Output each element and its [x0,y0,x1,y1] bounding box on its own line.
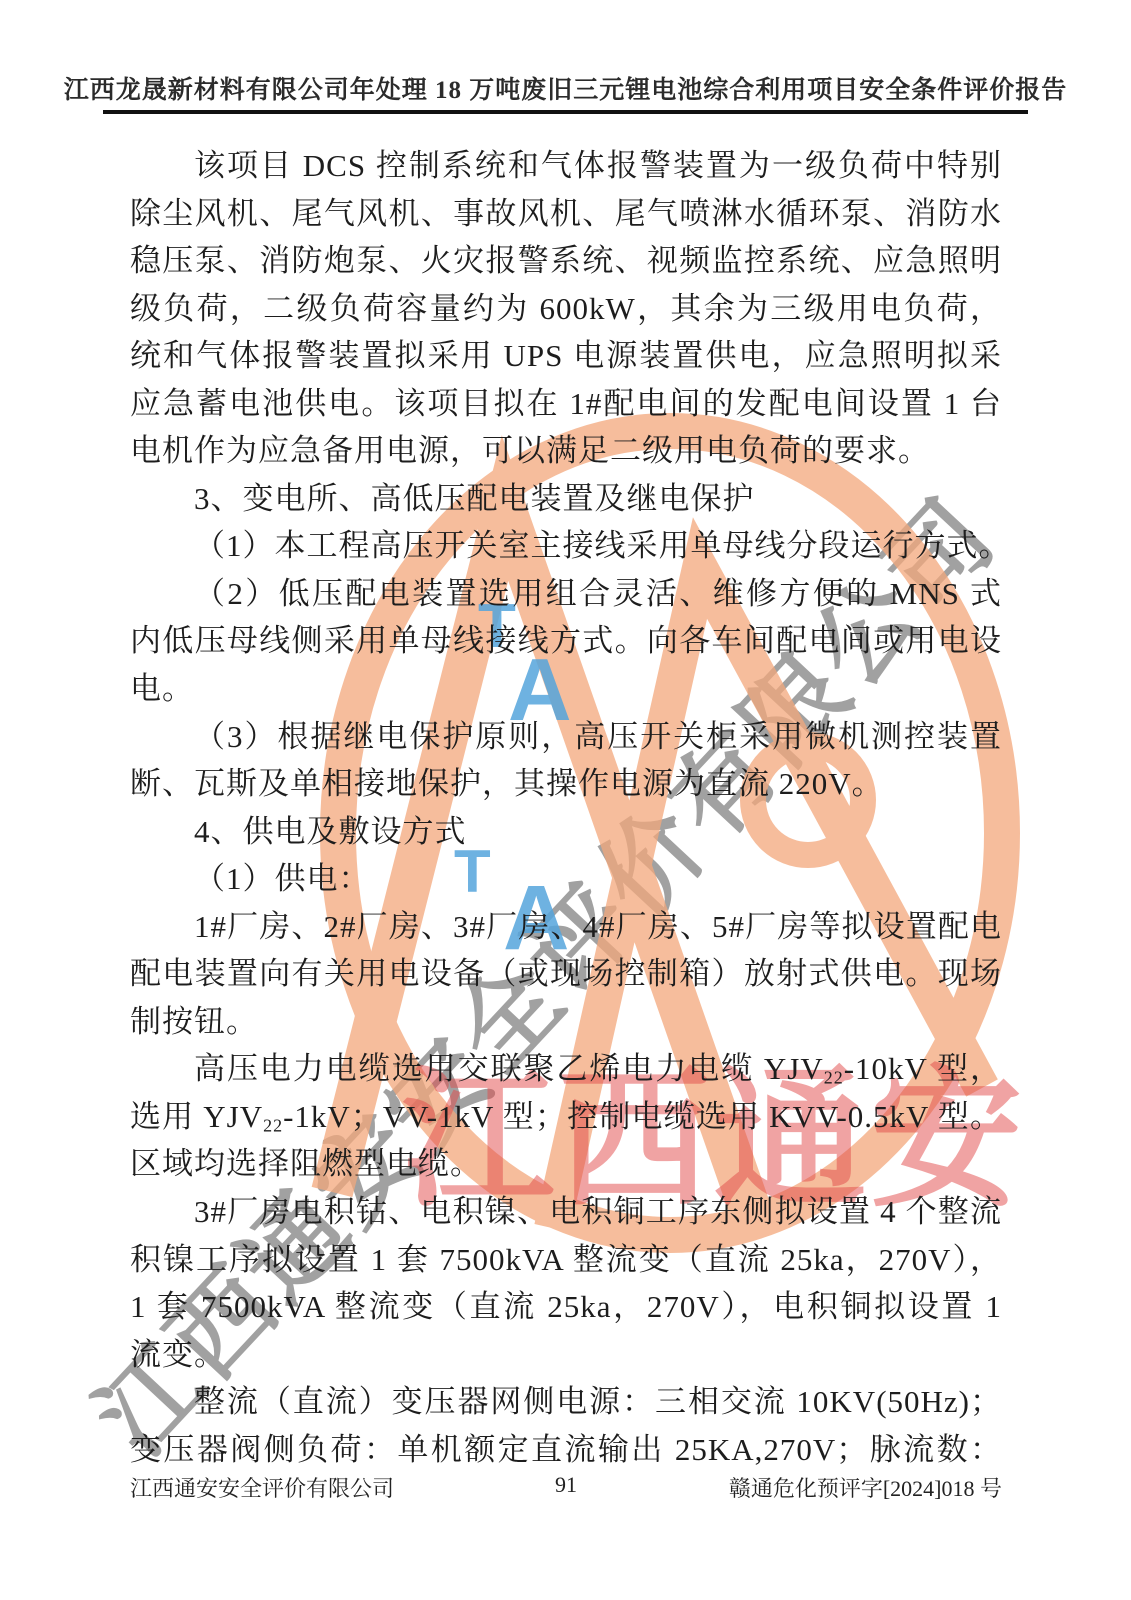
line-text: 电。 [130,671,194,706]
body-line: 3#厂房电积钴、电积镍、电积铜工序东侧拟设置 4 个整流室，其中电 [130,1188,1002,1236]
body-line: 级负荷，二级负荷容量约为 600kW，其余为三级用电负荷，其中仪表控制系 [130,285,1002,333]
footer-page-number: 91 [130,1472,1002,1498]
line-text: 选用 YJV [130,1099,263,1134]
line-text: 电机作为应急备用电源，可以满足二级用电负荷的要求。 [130,433,930,468]
line-text: 3#厂房电积钴、电积镍、电积铜工序东侧拟设置 4 个整流室，其中电 [130,1194,1002,1236]
line-text: 该项目 DCS 控制系统和气体报警装置为一级负荷中特别重要的负荷， [130,148,1002,190]
page-footer: 江西通安安全评价有限公司 91 赣通危化预评字[2024]018 号 [130,1472,1002,1503]
body-text: 该项目 DCS 控制系统和气体报警装置为一级负荷中特别重要的负荷，除尘风机、尾气… [130,142,1002,1473]
header-rule [103,110,1028,114]
body-line: （1）本工程高压开关室主接线采用单母线分段运行方式。 [130,522,1002,570]
line-text: 4、供电及敷设方式 [194,814,467,849]
body-line: 应急蓄电池供电。该项目拟在 1#配电间的发配电间设置 1 台 1000kW 柴油… [130,380,1002,428]
body-line: 电机作为应急备用电源，可以满足二级用电负荷的要求。 [130,427,1002,475]
line-text: 级负荷，二级负荷容量约为 600kW，其余为三级用电负荷，其中仪表控制系 [130,291,1002,333]
line-text: 内低压母线侧采用单母线接线方式。向各车间配电间或用电设备放射式供 [130,623,1002,665]
body-line: 积镍工序拟设置 1 套 7500kVA 整流变（直流 25ka，270V），电积… [130,1236,1002,1284]
line-text: 制按钮。 [130,1004,258,1039]
report-page: 江西通安安全评价有限公司 TATA 江西通安 江西龙晟新材料有限公司年处理 18… [0,0,1131,1600]
body-line: （1）供电： [130,855,1002,903]
line-text: 变压器阀侧负荷：单机额定直流输出 25KA,270V；脉流数：单机组 12 脉波… [130,1432,1002,1474]
line-text: 稳压泵、消防炮泵、火灾报警系统、视频监控系统、应急照明系统等为二 [130,243,1002,285]
body-line: 3、变电所、高低压配电装置及继电保护 [130,475,1002,523]
body-line: 配电装置向有关用电设备（或现场控制箱）放射式供电。现场设置现场控 [130,950,1002,998]
line-text: 1 套 7500kVA 整流变（直流 25ka，270V），电积铜拟设置 1 套… [130,1289,1002,1331]
line-text: 1#厂房、2#厂房、3#厂房、4#厂房、5#厂房等拟设置配电间，从各自 [130,909,1002,951]
body-line: 除尘风机、尾气风机、事故风机、尾气喷淋水循环泵、消防水泵、消防水 [130,190,1002,238]
body-line: 电。 [130,665,1002,713]
line-text: （3）根据继电保护原则，高压开关柜采用微机测控装置进行过流、速 [130,719,1002,761]
body-line: 高压电力电缆选用交联聚乙烯电力电缆 YJV22-10kV 型，动力电力电缆 [130,1045,1002,1093]
line-text: 统和气体报警装置拟采用 UPS 电源装置供电，应急照明拟采用灯具自带的 [130,338,1002,380]
body-line: 制按钮。 [130,998,1002,1046]
body-line: 区域均选择阻燃型电缆。 [130,1140,1002,1188]
report-header-title: 江西龙晟新材料有限公司年处理 18 万吨废旧三元锂电池综合利用项目安全条件评价报… [0,70,1131,106]
body-line: （2）低压配电装置选用组合灵活、维修方便的 MNS 式开关柜，变电所 [130,570,1002,618]
line-text: （1）供电： [194,861,371,896]
line-text: 断、瓦斯及单相接地保护，其操作电源为直流 220V。 [130,766,884,801]
subscript-text: 22 [824,1068,844,1088]
body-line: 整流（直流）变压器网侧电源：三相交流 10KV(50Hz)；整流（直流） [130,1378,1002,1426]
body-line: 统和气体报警装置拟采用 UPS 电源装置供电，应急照明拟采用灯具自带的 [130,332,1002,380]
line-text: 流变。 [130,1337,226,1372]
line-text: 高压电力电缆选用交联聚乙烯电力电缆 YJV [194,1051,824,1086]
line-text: 应急蓄电池供电。该项目拟在 1#配电间的发配电间设置 1 台 1000kW 柴油… [130,386,1002,428]
body-line: 断、瓦斯及单相接地保护，其操作电源为直流 220V。 [130,760,1002,808]
body-line: 变压器阀侧负荷：单机额定直流输出 25KA,270V；脉流数：单机组 12 脉波… [130,1426,1002,1474]
body-line: 流变。 [130,1331,1002,1379]
body-line: 1 套 7500kVA 整流变（直流 25ka，270V），电积铜拟设置 1 套… [130,1283,1002,1331]
line-text: （1）本工程高压开关室主接线采用单母线分段运行方式。 [194,528,1011,563]
body-line: 选用 YJV22-1kV；VV-1kV 型；控制电缆选用 KVV-0.5kV 型… [130,1093,1002,1141]
line-text: 积镍工序拟设置 1 套 7500kVA 整流变（直流 25ka，270V），电积… [130,1242,1002,1284]
body-line: （3）根据继电保护原则，高压开关柜采用微机测控装置进行过流、速 [130,713,1002,761]
line-text: 3、变电所、高低压配电装置及继电保护 [194,481,755,516]
line-text: （2）低压配电装置选用组合灵活、维修方便的 MNS 式开关柜，变电所 [130,576,1002,618]
line-text: 除尘风机、尾气风机、事故风机、尾气喷淋水循环泵、消防水泵、消防水 [130,196,1002,238]
body-line: 1#厂房、2#厂房、3#厂房、4#厂房、5#厂房等拟设置配电间，从各自 [130,903,1002,951]
body-line: 该项目 DCS 控制系统和气体报警装置为一级负荷中特别重要的负荷， [130,142,1002,190]
body-line: 4、供电及敷设方式 [130,808,1002,856]
body-line: 稳压泵、消防炮泵、火灾报警系统、视频监控系统、应急照明系统等为二 [130,237,1002,285]
line-text: 配电装置向有关用电设备（或现场控制箱）放射式供电。现场设置现场控 [130,956,1002,998]
line-text: 整流（直流）变压器网侧电源：三相交流 10KV(50Hz)；整流（直流） [130,1384,1002,1426]
line-text: 区域均选择阻燃型电缆。 [130,1146,482,1181]
body-line: 内低压母线侧采用单母线接线方式。向各车间配电间或用电设备放射式供 [130,617,1002,665]
subscript-text: 22 [263,1115,283,1135]
